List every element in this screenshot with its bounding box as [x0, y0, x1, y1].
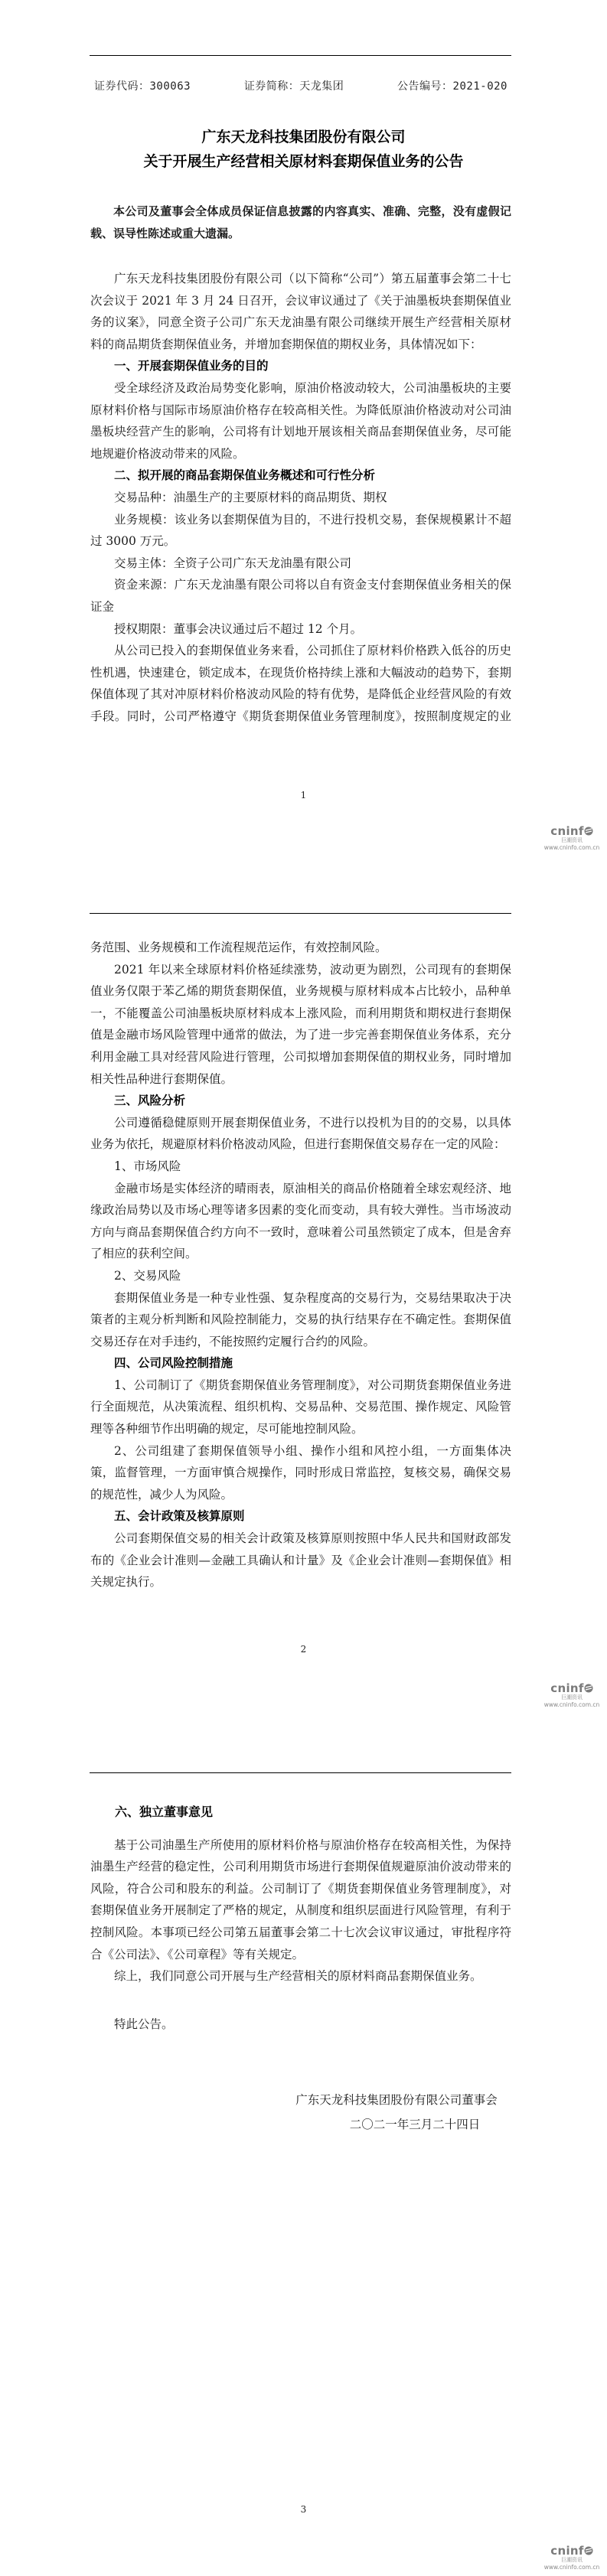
header-rule: [90, 913, 511, 914]
cninfo-logo-icon: [584, 827, 593, 836]
paragraph-2021-outlook: 2021 年以来全球原材料价格延续涨势，波动更为剧烈，公司现有的套期保值业务仅限…: [90, 959, 511, 1091]
cninfo-cn-name: 巨潮资讯: [541, 1694, 602, 1701]
section-4-heading: 四、公司风险控制措施: [90, 1352, 511, 1374]
review-paragraph: 从公司已投入的套期保值业务来看，公司抓住了原材料价格跌入低谷的历史性机遇，快速建…: [90, 640, 511, 727]
cninfo-watermark: cninf 巨潮资讯 www.cninfo.com.cn: [541, 825, 602, 851]
section-1-heading: 一、开展套期保值业务的目的: [90, 355, 511, 377]
title-company: 广东天龙科技集团股份有限公司: [0, 126, 607, 146]
section-2-heading: 二、拟开展的商品套期保值业务概述和可行性分析: [90, 465, 511, 487]
cninfo-logo-text: cninf: [550, 1681, 583, 1695]
section-3-heading: 三、风险分析: [90, 1090, 511, 1112]
intro-paragraph: 广东天龙科技集团股份有限公司（以下简称“公司”）第五届董事会第二十七次会议于 2…: [90, 268, 511, 355]
control-measure-2: 2、公司组建了套期保值领导小组、操作小组和风控小组，一方面集体决策，监督管理，一…: [90, 1440, 511, 1506]
page-number: 3: [0, 2504, 607, 2515]
control-measure-1: 1、公司制订了《期货套期保值业务管理制度》，对公司期货套期保值业务进行全面规范，…: [90, 1374, 511, 1440]
cninfo-watermark: cninf 巨潮资讯 www.cninfo.com.cn: [541, 1682, 602, 1708]
cninfo-logo-text: cninf: [550, 2544, 583, 2558]
signature-date: 二〇二一年三月二十四日: [300, 2113, 530, 2136]
page-2: 务范围、业务规模和工作流程规范运作，有效控制风险。 2021 年以来全球原材料价…: [0, 857, 607, 1714]
trade-entity: 交易主体：全资子公司广东天龙油墨有限公司: [90, 553, 511, 575]
section-3-paragraph: 公司遵循稳健原则开展套期保值业务，不进行以投机为目的的交易，以具体业务为依托，规…: [90, 1112, 511, 1156]
page-3: 六、独立董事意见 基于公司油墨生产所使用的原材料价格与原油价格存在较高相关性，为…: [0, 1714, 607, 2576]
signature-org: 广东天龙科技集团股份有限公司董事会: [282, 2089, 511, 2111]
section-1-paragraph: 受全球经济及政治局势变化影响，原油价格波动较大，公司油墨板块的主要原材料价格与国…: [90, 377, 511, 465]
header-rule: [90, 55, 511, 56]
page-1-body: 本公司及董事会全体成员保证信息披露的内容真实、准确、完整，没有虚假记载、误导性陈…: [90, 201, 511, 727]
cninfo-logo-text: cninf: [550, 824, 583, 838]
authorization-term: 授权期限：董事会决议通过后不超过 12 个月。: [90, 618, 511, 641]
cninfo-url: www.cninfo.com.cn: [541, 1701, 602, 1708]
disclosure-notice: 本公司及董事会全体成员保证信息披露的内容真实、准确、完整，没有虚假记载、误导性陈…: [90, 201, 511, 245]
page-2-body: 务范围、业务规模和工作流程规范运作，有效控制风险。 2021 年以来全球原材料价…: [90, 937, 511, 1593]
cninfo-url: www.cninfo.com.cn: [541, 844, 602, 851]
business-scale: 业务规模：该业务以套期保值为目的，不进行投机交易，套保规模累计不超过 3000 …: [90, 509, 511, 553]
trade-variety: 交易品种：油墨生产的主要原材料的商品期货、期权: [90, 487, 511, 509]
cninfo-cn-name: 巨潮资讯: [541, 837, 602, 844]
independent-director-opinion: 基于公司油墨生产所使用的原材料价格与原油价格存在较高相关性，为保持油墨生产经营的…: [90, 1834, 511, 1966]
cninfo-watermark: cninf 巨潮资讯 www.cninfo.com.cn: [541, 2545, 602, 2571]
trade-risk-text: 套期保值业务是一种专业性强、复杂程度高的交易行为，交易结果取决于决策者的主观分析…: [90, 1287, 511, 1353]
cninfo-logo-icon: [584, 1684, 593, 1693]
title-subject: 关于开展生产经营相关原材料套期保值业务的公告: [0, 150, 607, 171]
page-number: 2: [0, 1644, 607, 1655]
cninfo-url: www.cninfo.com.cn: [541, 2564, 602, 2571]
section-5-paragraph: 公司套期保值交易的相关会计政策及核算原则按照中华人民共和国财政部发布的《企业会计…: [90, 1528, 511, 1593]
announcement-number: 公告编号：2021-020: [397, 78, 507, 93]
stock-abbreviation: 证券简称：天龙集团: [244, 78, 344, 93]
fund-source: 资金来源：广东天龙油墨有限公司将以自有资金支付套期保值业务相关的保证金: [90, 574, 511, 618]
review-paragraph-continued: 务范围、业务规模和工作流程规范运作，有效控制风险。: [90, 937, 511, 959]
page-number: 1: [0, 790, 607, 801]
announcement-header: 证券代码：300063 证券简称：天龙集团 公告编号：2021-020: [94, 78, 507, 93]
page-3-body: 六、独立董事意见 基于公司油墨生产所使用的原材料价格与原油价格存在较高相关性，为…: [90, 1802, 511, 2035]
market-risk-title: 1、市场风险: [90, 1156, 511, 1178]
trade-risk-title: 2、交易风险: [90, 1265, 511, 1287]
closing-statement: 特此公告。: [90, 2014, 511, 2036]
cninfo-cn-name: 巨潮资讯: [541, 2557, 602, 2564]
market-risk-text: 金融市场是实体经济的晴雨表，原油相关的商品价格随着全球宏观经济、地缘政治局势以及…: [90, 1178, 511, 1265]
header-rule: [90, 1772, 511, 1773]
cninfo-logo-icon: [584, 2546, 593, 2555]
section-6-heading: 六、独立董事意见: [90, 1802, 511, 1824]
section-5-heading: 五、会计政策及核算原则: [90, 1505, 511, 1528]
page-1: 证券代码：300063 证券简称：天龙集团 公告编号：2021-020 广东天龙…: [0, 0, 607, 857]
opinion-conclusion: 综上，我们同意公司开展与生产经营相关的原材料商品套期保值业务。: [90, 1965, 511, 1987]
stock-code: 证券代码：300063: [94, 78, 191, 93]
